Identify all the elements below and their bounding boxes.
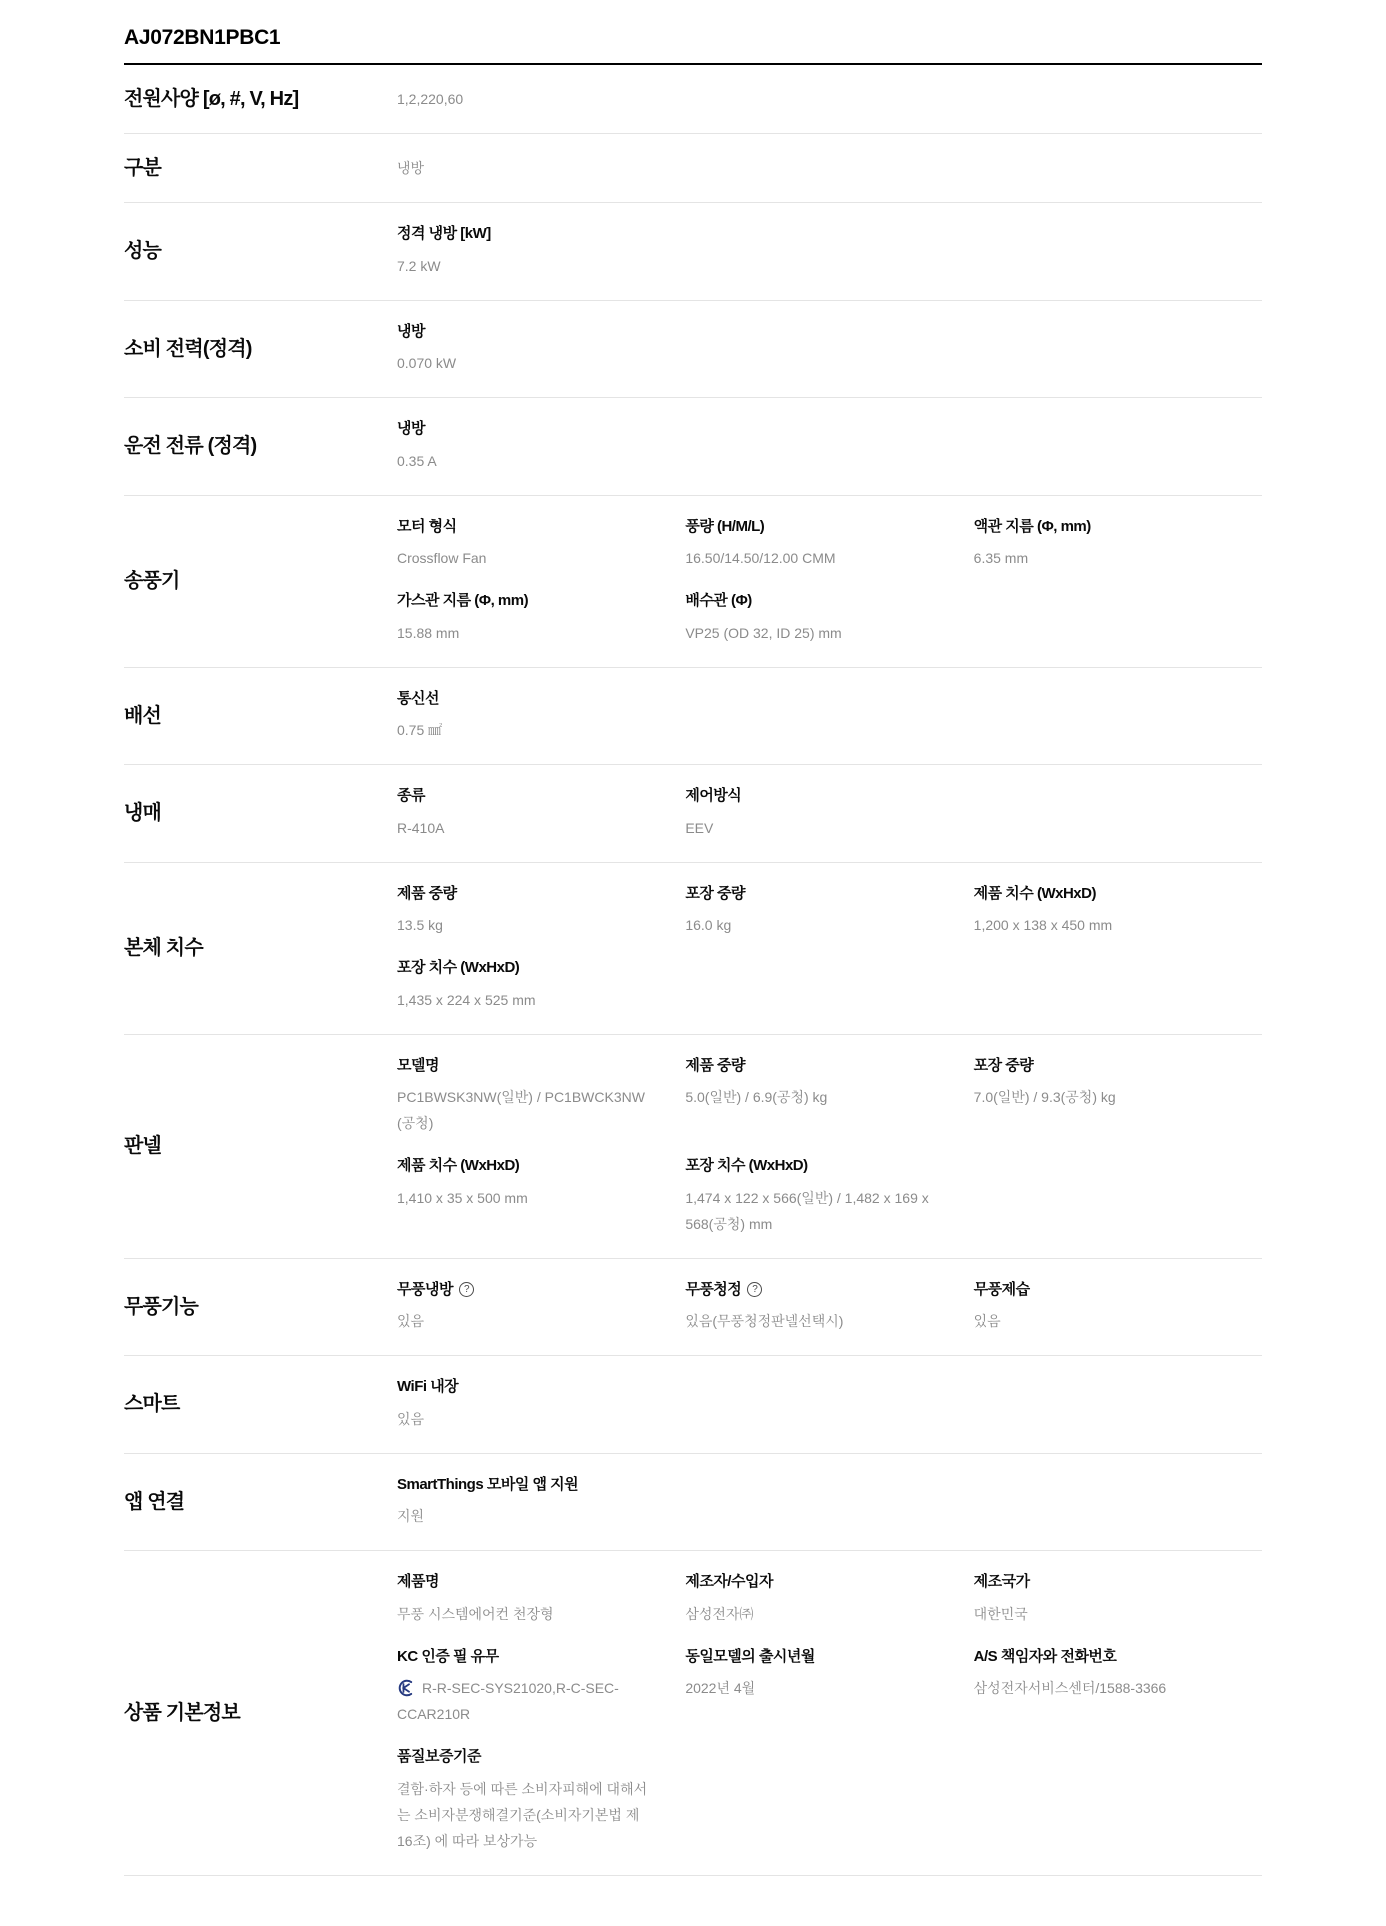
cell-value: 16.50/14.50/12.00 CMM bbox=[685, 545, 935, 571]
spec-line: 가스관 지름 (Φ, mm) 15.88 mm 배수관 (Φ) VP25 (OD… bbox=[397, 591, 1262, 646]
cell-key-label: 통신선 bbox=[397, 689, 439, 709]
cell-key-label: 포장 중량 bbox=[685, 884, 745, 904]
spec-cell: 모터 형식 Crossflow Fan bbox=[397, 517, 685, 572]
cell-key-label: 액관 지름 (Φ, mm) bbox=[974, 517, 1091, 537]
cell-key: 제품 치수 (WxHxD) bbox=[974, 884, 1224, 904]
spec-cell: WiFi 내장 있음 bbox=[397, 1377, 685, 1432]
cell-key: A/S 책임자와 전화번호 bbox=[974, 1647, 1224, 1667]
cell-key: 제품 중량 bbox=[397, 884, 647, 904]
cell-key-label: 무풍제습 bbox=[974, 1280, 1030, 1300]
row-values: SmartThings 모바일 앱 지원 지원 bbox=[397, 1475, 1262, 1530]
spec-cell: 냉방 0.35 A bbox=[397, 419, 685, 474]
spec-cell: 종류 R-410A bbox=[397, 786, 685, 841]
spec-cell: 포장 치수 (WxHxD) 1,435 x 224 x 525 mm bbox=[397, 958, 685, 1013]
cell-value: VP25 (OD 32, ID 25) mm bbox=[685, 620, 935, 646]
row-label: 송풍기 bbox=[124, 568, 397, 594]
cell-value: 1,410 x 35 x 500 mm bbox=[397, 1185, 647, 1211]
spec-cell: 무풍청정 ? 있음(무풍청정판넬선택시) bbox=[685, 1280, 973, 1335]
cell-key-label: 제어방식 bbox=[685, 786, 741, 806]
cell-value-text: 1,435 x 224 x 525 mm bbox=[397, 992, 536, 1008]
cell-value-text: 0.35 A bbox=[397, 453, 437, 469]
spec-cell: 품질보증기준 결함·하자 등에 따른 소비자피해에 대해서는 소비자분쟁해결기준… bbox=[397, 1747, 685, 1854]
cell-value-text: 냉방 bbox=[397, 160, 424, 176]
spec-cell: 포장 중량 16.0 kg bbox=[685, 884, 973, 939]
spec-line: 제품 치수 (WxHxD) 1,410 x 35 x 500 mm 포장 치수 … bbox=[397, 1156, 1262, 1237]
cell-value: 0.070 kW bbox=[397, 350, 647, 376]
cell-value: 있음(무풍청정판넬선택시) bbox=[685, 1308, 935, 1334]
row-label: 운전 전류 (정격) bbox=[124, 433, 397, 459]
row-values: 제품 중량 13.5 kg 포장 중량 16.0 kg 제품 치수 (WxHxD… bbox=[397, 884, 1262, 1013]
cell-key-label: A/S 책임자와 전화번호 bbox=[974, 1647, 1117, 1667]
spec-line: 냉방 0.070 kW bbox=[397, 322, 1262, 377]
cell-key: 무풍청정 ? bbox=[685, 1280, 935, 1300]
cell-value: 7.2 kW bbox=[397, 253, 647, 279]
cell-key: 배수관 (Φ) bbox=[685, 591, 935, 611]
cell-value-text: 있음(무풍청정판넬선택시) bbox=[685, 1313, 843, 1329]
cell-value: 0.35 A bbox=[397, 448, 647, 474]
spec-line: 냉방 bbox=[397, 155, 1262, 181]
cell-value-text: 결함·하자 등에 따른 소비자피해에 대해서는 소비자분쟁해결기준(소비자기본법… bbox=[397, 1781, 647, 1849]
cell-value: Crossflow Fan bbox=[397, 545, 647, 571]
cell-value: R-410A bbox=[397, 815, 647, 841]
cell-value: 무풍 시스템에어컨 천장형 bbox=[397, 1601, 647, 1627]
cell-value: 7.0(일반) / 9.3(공청) kg bbox=[974, 1084, 1224, 1110]
cell-key-label: 제품 중량 bbox=[685, 1056, 745, 1076]
cell-value: R-R-SEC-SYS21020,R-C-SEC-CCAR210R bbox=[397, 1675, 647, 1727]
spec-line: 모터 형식 Crossflow Fan 풍량 (H/M/L) 16.50/14.… bbox=[397, 517, 1262, 572]
kc-certification-icon bbox=[397, 1679, 415, 1697]
spec-row: 스마트 WiFi 내장 있음 bbox=[124, 1356, 1262, 1454]
cell-value-text: 7.2 kW bbox=[397, 258, 441, 274]
spec-row: 운전 전류 (정격) 냉방 0.35 A bbox=[124, 398, 1262, 496]
spec-line: 종류 R-410A 제어방식 EEV bbox=[397, 786, 1262, 841]
row-label: 성능 bbox=[124, 238, 397, 264]
cell-key: 제조국가 bbox=[974, 1572, 1224, 1592]
spec-line: 1,2,220,60 bbox=[397, 86, 1262, 112]
spec-line: 통신선 0.75 ㎟ bbox=[397, 689, 1262, 744]
spec-cell: 동일모델의 출시년월 2022년 4월 bbox=[685, 1647, 973, 1728]
cell-key-label: 무풍냉방 bbox=[397, 1280, 453, 1300]
cell-value: 1,2,220,60 bbox=[397, 86, 647, 112]
cell-key-label: 풍량 (H/M/L) bbox=[685, 517, 764, 537]
cell-value-text: 16.50/14.50/12.00 CMM bbox=[685, 550, 835, 566]
cell-value: 삼성전자서비스센터/1588-3366 bbox=[974, 1675, 1224, 1701]
cell-value-text: 0.75 ㎟ bbox=[397, 722, 442, 738]
cell-value: 결함·하자 등에 따른 소비자피해에 대해서는 소비자분쟁해결기준(소비자기본법… bbox=[397, 1776, 647, 1854]
cell-value-text: 1,410 x 35 x 500 mm bbox=[397, 1190, 528, 1206]
spec-line: KC 인증 필 유무 R-R-SEC-SYS21020,R-C-SEC-CCAR… bbox=[397, 1647, 1262, 1728]
spec-cell: 냉방 bbox=[397, 155, 685, 181]
cell-key: 포장 치수 (WxHxD) bbox=[685, 1156, 935, 1176]
cell-key: WiFi 내장 bbox=[397, 1377, 647, 1397]
spec-cell: 풍량 (H/M/L) 16.50/14.50/12.00 CMM bbox=[685, 517, 973, 572]
cell-value: 1,474 x 122 x 566(일반) / 1,482 x 169 x 56… bbox=[685, 1185, 935, 1237]
cell-key-label: 제품 중량 bbox=[397, 884, 457, 904]
cell-key-label: 포장 치수 (WxHxD) bbox=[685, 1156, 807, 1176]
cell-key-label: KC 인증 필 유무 bbox=[397, 1647, 499, 1667]
spec-cell: 배수관 (Φ) VP25 (OD 32, ID 25) mm bbox=[685, 591, 973, 646]
spec-cell: 제품 중량 5.0(일반) / 6.9(공청) kg bbox=[685, 1056, 973, 1137]
spec-row: 성능 정격 냉방 [kW] 7.2 kW bbox=[124, 203, 1262, 301]
spec-cell: A/S 책임자와 전화번호 삼성전자서비스센터/1588-3366 bbox=[974, 1647, 1262, 1728]
spec-cell: 제조자/수입자 삼성전자㈜ bbox=[685, 1572, 973, 1627]
spec-row: 구분 냉방 bbox=[124, 134, 1262, 203]
cell-key: 품질보증기준 bbox=[397, 1747, 647, 1767]
row-values: 통신선 0.75 ㎟ bbox=[397, 689, 1262, 744]
cell-value-text: 5.0(일반) / 6.9(공청) kg bbox=[685, 1089, 827, 1105]
cell-value: 15.88 mm bbox=[397, 620, 647, 646]
cell-value-text: 삼성전자㈜ bbox=[685, 1606, 753, 1622]
cell-key-label: 모델명 bbox=[397, 1056, 439, 1076]
cell-key-label: 냉방 bbox=[397, 322, 425, 342]
row-label: 무풍기능 bbox=[124, 1294, 397, 1320]
spec-row: 송풍기 모터 형식 Crossflow Fan 풍량 (H/M/L) 16.50… bbox=[124, 496, 1262, 668]
cell-value: 1,435 x 224 x 525 mm bbox=[397, 987, 647, 1013]
cell-value-text: R-R-SEC-SYS21020,R-C-SEC-CCAR210R bbox=[397, 1680, 619, 1722]
row-values: 종류 R-410A 제어방식 EEV bbox=[397, 786, 1262, 841]
row-values: WiFi 내장 있음 bbox=[397, 1377, 1262, 1432]
cell-value-text: 1,200 x 138 x 450 mm bbox=[974, 917, 1113, 933]
cell-value: 1,200 x 138 x 450 mm bbox=[974, 912, 1224, 938]
cell-value: 16.0 kg bbox=[685, 912, 935, 938]
cell-value-text: VP25 (OD 32, ID 25) mm bbox=[685, 625, 841, 641]
cell-value-text: 있음 bbox=[397, 1411, 424, 1427]
spec-line: SmartThings 모바일 앱 지원 지원 bbox=[397, 1475, 1262, 1530]
spec-row: 배선 통신선 0.75 ㎟ bbox=[124, 668, 1262, 766]
cell-value: 있음 bbox=[974, 1308, 1224, 1334]
cell-key-label: 동일모델의 출시년월 bbox=[685, 1647, 815, 1667]
spec-line: 품질보증기준 결함·하자 등에 따른 소비자피해에 대해서는 소비자분쟁해결기준… bbox=[397, 1747, 1262, 1854]
spec-cell: 포장 중량 7.0(일반) / 9.3(공청) kg bbox=[974, 1056, 1262, 1137]
spec-cell: 모델명 PC1BWSK3NW(일반) / PC1BWCK3NW (공청) bbox=[397, 1056, 685, 1137]
cell-key: 무풍제습 bbox=[974, 1280, 1224, 1300]
cell-key: 정격 냉방 [kW] bbox=[397, 224, 647, 244]
row-label: 본체 치수 bbox=[124, 935, 397, 961]
cell-value: 대한민국 bbox=[974, 1601, 1224, 1627]
spec-row: 냉매 종류 R-410A 제어방식 EEV bbox=[124, 765, 1262, 863]
spec-cell: 무풍제습 있음 bbox=[974, 1280, 1262, 1335]
cell-value-text: 1,474 x 122 x 566(일반) / 1,482 x 169 x 56… bbox=[685, 1190, 928, 1232]
spec-line: WiFi 내장 있음 bbox=[397, 1377, 1262, 1432]
spec-cell: 액관 지름 (Φ, mm) 6.35 mm bbox=[974, 517, 1262, 572]
spec-line: 제품명 무풍 시스템에어컨 천장형 제조자/수입자 삼성전자㈜ 제조국가 대한민… bbox=[397, 1572, 1262, 1627]
spec-line: 냉방 0.35 A bbox=[397, 419, 1262, 474]
spec-table: 전원사양 [ø, #, V, Hz] 1,2,220,60 구분 냉방 성능 정… bbox=[124, 65, 1262, 1876]
spec-cell: 제조국가 대한민국 bbox=[974, 1572, 1262, 1627]
cell-key: 제조자/수입자 bbox=[685, 1572, 935, 1592]
cell-key-label: 포장 중량 bbox=[974, 1056, 1034, 1076]
spec-row: 판넬 모델명 PC1BWSK3NW(일반) / PC1BWCK3NW (공청) … bbox=[124, 1035, 1262, 1259]
row-label: 상품 기본정보 bbox=[124, 1700, 397, 1726]
cell-value-text: 대한민국 bbox=[974, 1606, 1028, 1622]
cell-key: 모델명 bbox=[397, 1056, 647, 1076]
spec-line: 무풍냉방 ? 있음 무풍청정 ? 있음(무풍청정판넬선택시) 무풍제습 있음 bbox=[397, 1280, 1262, 1335]
cell-value-text: 1,2,220,60 bbox=[397, 91, 463, 107]
spec-cell: KC 인증 필 유무 R-R-SEC-SYS21020,R-C-SEC-CCAR… bbox=[397, 1647, 685, 1728]
row-values: 1,2,220,60 bbox=[397, 86, 1262, 112]
spec-row: 본체 치수 제품 중량 13.5 kg 포장 중량 16.0 kg 제품 치수 … bbox=[124, 863, 1262, 1035]
cell-key: KC 인증 필 유무 bbox=[397, 1647, 647, 1667]
cell-value: 삼성전자㈜ bbox=[685, 1601, 935, 1627]
cell-key-label: WiFi 내장 bbox=[397, 1377, 458, 1397]
cell-value-text: PC1BWSK3NW(일반) / PC1BWCK3NW (공청) bbox=[397, 1089, 645, 1131]
spec-line: 정격 냉방 [kW] 7.2 kW bbox=[397, 224, 1262, 279]
row-values: 제품명 무풍 시스템에어컨 천장형 제조자/수입자 삼성전자㈜ 제조국가 대한민… bbox=[397, 1572, 1262, 1854]
cell-key-label: 제품 치수 (WxHxD) bbox=[397, 1156, 519, 1176]
row-values: 무풍냉방 ? 있음 무풍청정 ? 있음(무풍청정판넬선택시) 무풍제습 있음 bbox=[397, 1280, 1262, 1335]
cell-key: 제품 중량 bbox=[685, 1056, 935, 1076]
cell-key: 풍량 (H/M/L) bbox=[685, 517, 935, 537]
cell-value-text: 삼성전자서비스센터/1588-3366 bbox=[974, 1680, 1167, 1696]
cell-value-text: 15.88 mm bbox=[397, 625, 459, 641]
page-title: AJ072BN1PBC1 bbox=[124, 26, 1262, 65]
spec-row: 상품 기본정보 제품명 무풍 시스템에어컨 천장형 제조자/수입자 삼성전자㈜ … bbox=[124, 1551, 1262, 1876]
cell-key-label: 배수관 (Φ) bbox=[685, 591, 751, 611]
row-label: 판넬 bbox=[124, 1133, 397, 1159]
cell-key: 모터 형식 bbox=[397, 517, 647, 537]
cell-value-text: 2022년 4월 bbox=[685, 1680, 755, 1696]
cell-key: SmartThings 모바일 앱 지원 bbox=[397, 1475, 647, 1495]
cell-value-text: 있음 bbox=[397, 1313, 424, 1329]
cell-value: 냉방 bbox=[397, 155, 647, 181]
help-question-icon[interactable]: ? bbox=[459, 1282, 474, 1297]
cell-value-text: EEV bbox=[685, 820, 713, 836]
spec-line: 제품 중량 13.5 kg 포장 중량 16.0 kg 제품 치수 (WxHxD… bbox=[397, 884, 1262, 939]
cell-value: 있음 bbox=[397, 1308, 647, 1334]
cell-key-label: 모터 형식 bbox=[397, 517, 457, 537]
row-values: 모터 형식 Crossflow Fan 풍량 (H/M/L) 16.50/14.… bbox=[397, 517, 1262, 646]
cell-value-text: 6.35 mm bbox=[974, 550, 1028, 566]
cell-value: 2022년 4월 bbox=[685, 1675, 935, 1701]
row-label: 소비 전력(정격) bbox=[124, 336, 397, 362]
spec-cell: 제품 치수 (WxHxD) 1,410 x 35 x 500 mm bbox=[397, 1156, 685, 1237]
spec-cell: 포장 치수 (WxHxD) 1,474 x 122 x 566(일반) / 1,… bbox=[685, 1156, 973, 1237]
row-values: 냉방 bbox=[397, 155, 1262, 181]
cell-value: 0.75 ㎟ bbox=[397, 717, 647, 743]
row-label: 앱 연결 bbox=[124, 1489, 397, 1515]
spec-row: 앱 연결 SmartThings 모바일 앱 지원 지원 bbox=[124, 1454, 1262, 1552]
help-question-icon[interactable]: ? bbox=[747, 1282, 762, 1297]
cell-value-text: 0.070 kW bbox=[397, 355, 456, 371]
row-values: 냉방 0.070 kW bbox=[397, 322, 1262, 377]
cell-value: 6.35 mm bbox=[974, 545, 1224, 571]
cell-value-text: 7.0(일반) / 9.3(공청) kg bbox=[974, 1089, 1116, 1105]
cell-key-label: 제품 치수 (WxHxD) bbox=[974, 884, 1096, 904]
spec-cell: 정격 냉방 [kW] 7.2 kW bbox=[397, 224, 685, 279]
cell-key: 통신선 bbox=[397, 689, 647, 709]
cell-value-text: 무풍 시스템에어컨 천장형 bbox=[397, 1606, 554, 1622]
row-label: 전원사양 [ø, #, V, Hz] bbox=[124, 86, 397, 112]
spec-cell: 제품명 무풍 시스템에어컨 천장형 bbox=[397, 1572, 685, 1627]
cell-key: 가스관 지름 (Φ, mm) bbox=[397, 591, 647, 611]
cell-value: EEV bbox=[685, 815, 935, 841]
row-values: 정격 냉방 [kW] 7.2 kW bbox=[397, 224, 1262, 279]
spec-cell: 제품 치수 (WxHxD) 1,200 x 138 x 450 mm bbox=[974, 884, 1262, 939]
cell-key: 종류 bbox=[397, 786, 647, 806]
cell-key-label: 냉방 bbox=[397, 419, 425, 439]
cell-key: 포장 중량 bbox=[685, 884, 935, 904]
cell-key: 제품 치수 (WxHxD) bbox=[397, 1156, 647, 1176]
row-label: 냉매 bbox=[124, 800, 397, 826]
row-label: 구분 bbox=[124, 155, 397, 181]
spec-cell: 1,2,220,60 bbox=[397, 86, 685, 112]
cell-value-text: 있음 bbox=[974, 1313, 1001, 1329]
cell-key: 포장 치수 (WxHxD) bbox=[397, 958, 647, 978]
spec-line: 포장 치수 (WxHxD) 1,435 x 224 x 525 mm bbox=[397, 958, 1262, 1013]
row-label: 배선 bbox=[124, 703, 397, 729]
row-values: 냉방 0.35 A bbox=[397, 419, 1262, 474]
cell-key: 액관 지름 (Φ, mm) bbox=[974, 517, 1224, 537]
cell-value: 지원 bbox=[397, 1503, 647, 1529]
cell-value-text: 지원 bbox=[397, 1508, 424, 1524]
cell-key-label: SmartThings 모바일 앱 지원 bbox=[397, 1475, 578, 1495]
cell-key: 냉방 bbox=[397, 419, 647, 439]
cell-key-label: 품질보증기준 bbox=[397, 1747, 481, 1767]
cell-key: 냉방 bbox=[397, 322, 647, 342]
cell-key: 제품명 bbox=[397, 1572, 647, 1592]
cell-value: 있음 bbox=[397, 1406, 647, 1432]
cell-key: 제어방식 bbox=[685, 786, 935, 806]
spec-cell: 무풍냉방 ? 있음 bbox=[397, 1280, 685, 1335]
cell-key: 동일모델의 출시년월 bbox=[685, 1647, 935, 1667]
cell-key-label: 무풍청정 bbox=[685, 1280, 741, 1300]
row-values: 모델명 PC1BWSK3NW(일반) / PC1BWCK3NW (공청) 제품 … bbox=[397, 1056, 1262, 1237]
cell-value-text: Crossflow Fan bbox=[397, 550, 486, 566]
spec-cell: 가스관 지름 (Φ, mm) 15.88 mm bbox=[397, 591, 685, 646]
spec-cell: 냉방 0.070 kW bbox=[397, 322, 685, 377]
cell-key: 포장 중량 bbox=[974, 1056, 1224, 1076]
spec-cell: 제어방식 EEV bbox=[685, 786, 973, 841]
spec-cell: 제품 중량 13.5 kg bbox=[397, 884, 685, 939]
cell-key-label: 종류 bbox=[397, 786, 425, 806]
cell-key-label: 정격 냉방 [kW] bbox=[397, 224, 491, 244]
cell-key-label: 제품명 bbox=[397, 1572, 439, 1592]
cell-value: PC1BWSK3NW(일반) / PC1BWCK3NW (공청) bbox=[397, 1084, 647, 1136]
row-label: 스마트 bbox=[124, 1391, 397, 1417]
spec-row: 소비 전력(정격) 냉방 0.070 kW bbox=[124, 301, 1262, 399]
spec-line: 모델명 PC1BWSK3NW(일반) / PC1BWCK3NW (공청) 제품 … bbox=[397, 1056, 1262, 1137]
cell-value: 13.5 kg bbox=[397, 912, 647, 938]
cell-value: 5.0(일반) / 6.9(공청) kg bbox=[685, 1084, 935, 1110]
cell-value-text: 16.0 kg bbox=[685, 917, 731, 933]
cell-key: 무풍냉방 ? bbox=[397, 1280, 647, 1300]
cell-key-label: 가스관 지름 (Φ, mm) bbox=[397, 591, 528, 611]
spec-cell: 통신선 0.75 ㎟ bbox=[397, 689, 685, 744]
cell-value-text: 13.5 kg bbox=[397, 917, 443, 933]
cell-key-label: 포장 치수 (WxHxD) bbox=[397, 958, 519, 978]
cell-value-text: R-410A bbox=[397, 820, 444, 836]
cell-key-label: 제조국가 bbox=[974, 1572, 1030, 1592]
spec-row: 전원사양 [ø, #, V, Hz] 1,2,220,60 bbox=[124, 65, 1262, 134]
spec-cell: SmartThings 모바일 앱 지원 지원 bbox=[397, 1475, 685, 1530]
spec-sheet-page: AJ072BN1PBC1 전원사양 [ø, #, V, Hz] 1,2,220,… bbox=[0, 0, 1386, 1926]
spec-row: 무풍기능 무풍냉방 ? 있음 무풍청정 ? 있음(무풍청정판넬선택시) 무풍제습… bbox=[124, 1259, 1262, 1357]
cell-key-label: 제조자/수입자 bbox=[685, 1572, 773, 1592]
